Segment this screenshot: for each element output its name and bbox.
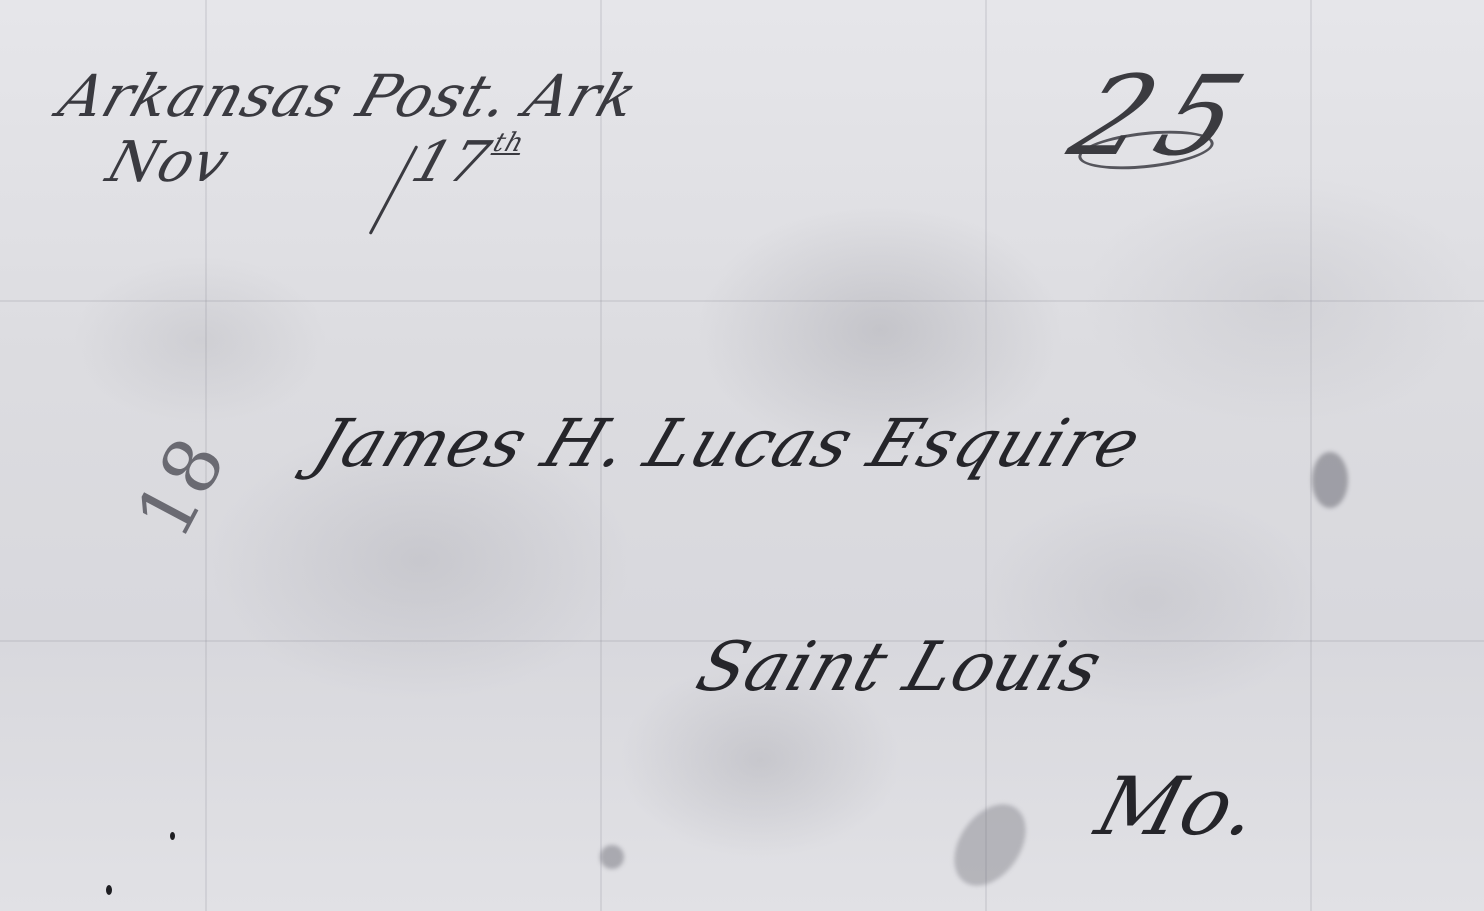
postmark-day: 17 bbox=[404, 130, 498, 195]
smudge-mark bbox=[940, 791, 1041, 899]
speck-cluster bbox=[600, 845, 624, 869]
address-state: Mo. bbox=[1087, 760, 1271, 853]
postmark-date: Nov 17th bbox=[99, 128, 528, 195]
addressee-name: James H. Lucas Esquire bbox=[304, 405, 1152, 482]
envelope-cover: Arkansas Post. Ark Nov 17th 25 18 James … bbox=[0, 0, 1484, 911]
stain-mark bbox=[1312, 452, 1348, 508]
postmark-origin: Arkansas Post. Ark bbox=[51, 62, 647, 130]
fold-line bbox=[1310, 0, 1312, 911]
ink-speck bbox=[170, 832, 175, 840]
ink-speck bbox=[106, 885, 112, 895]
postmark-month: Nov bbox=[99, 130, 237, 195]
fold-line bbox=[0, 300, 1484, 302]
docket-note: 18 bbox=[118, 423, 243, 552]
postage-rate: 25 bbox=[1054, 52, 1274, 180]
address-city: Saint Louis bbox=[687, 628, 1112, 707]
